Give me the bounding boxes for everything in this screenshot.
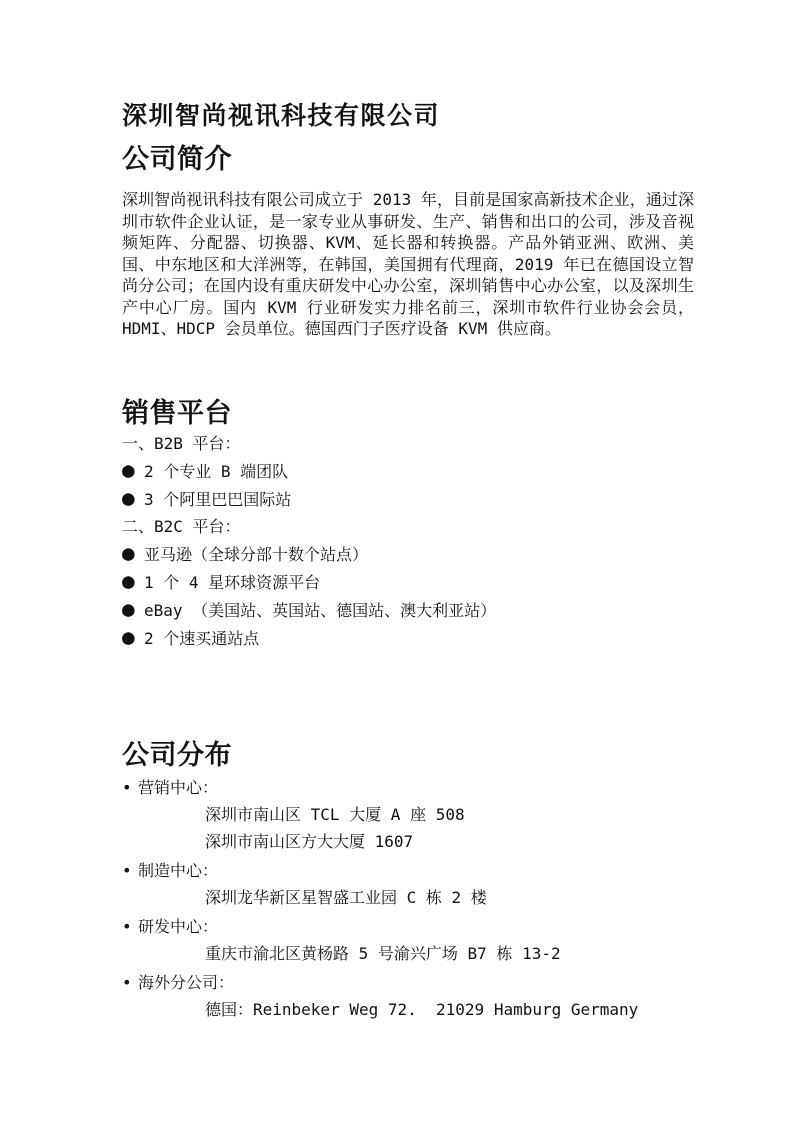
filled-circle-bullet-icon: ●: [122, 568, 144, 595]
sales-list-item-text: 1 个 4 星环球资源平台: [144, 569, 320, 596]
document-title: 深圳智尚视讯科技有限公司: [122, 101, 694, 131]
location-address: 重庆市渝北区黄杨路 5 号渝兴广场 B7 栋 13-2: [122, 940, 694, 967]
location-address: 深圳龙华新区星智盛工业园 C 栋 2 楼: [122, 884, 694, 911]
location-category-label: 海外分公司：: [138, 969, 234, 996]
dot-bullet-icon: •: [122, 913, 138, 940]
sales-list-item: ● 2 个速买通站点: [122, 624, 694, 652]
sales-platform-list: 一、B2B 平台： ● 2 个专业 B 端团队 ● 3 个阿里巴巴国际站 二、B…: [122, 430, 694, 652]
company-intro-paragraph: 深圳智尚视讯科技有限公司成立于 2013 年，目前是国家高新技术企业，通过深圳市…: [122, 189, 694, 340]
section-company-intro: 公司简介 深圳智尚视讯科技有限公司成立于 2013 年，目前是国家高新技术企业，…: [122, 144, 694, 340]
sales-list-item-text: 2 个速买通站点: [144, 625, 259, 652]
location-category-label: 营销中心：: [138, 774, 218, 801]
sales-list-item: ● 1 个 4 星环球资源平台: [122, 568, 694, 596]
sales-list-item-text: 亚马逊（全球分部十数个站点）: [144, 541, 368, 568]
location-category-overseas: • 海外分公司：: [122, 969, 694, 996]
location-category-marketing: • 营销中心：: [122, 774, 694, 801]
filled-circle-bullet-icon: ●: [122, 596, 144, 623]
location-address: 深圳市南山区 TCL 大厦 A 座 508: [122, 801, 694, 828]
dot-bullet-icon: •: [122, 969, 138, 996]
dot-bullet-icon: •: [122, 857, 138, 884]
section-sales-platforms: 销售平台 一、B2B 平台： ● 2 个专业 B 端团队 ● 3 个阿里巴巴国际…: [122, 398, 694, 652]
section-company-distribution: 公司分布 • 营销中心： 深圳市南山区 TCL 大厦 A 座 508 深圳市南山…: [122, 740, 694, 1023]
sales-list-item: ● 3 个阿里巴巴国际站: [122, 485, 694, 513]
sales-group-label-b2b: 一、B2B 平台：: [122, 430, 694, 457]
sales-group-label-text: 一、B2B 平台：: [122, 430, 241, 457]
sales-list-item-text: eBay （美国站、英国站、德国站、澳大利亚站）: [144, 597, 496, 624]
location-category-label: 制造中心：: [138, 857, 218, 884]
sales-group-label-b2c: 二、B2C 平台：: [122, 513, 694, 540]
location-address: 深圳市南山区方大大厦 1607: [122, 828, 694, 855]
location-category-label: 研发中心：: [138, 913, 218, 940]
heading-company-distribution: 公司分布: [122, 740, 694, 772]
sales-group-label-text: 二、B2C 平台：: [122, 513, 241, 540]
location-category-manufacturing: • 制造中心：: [122, 857, 694, 884]
location-address: 德国：Reinbeker Weg 72. 21029 Hamburg Germa…: [122, 996, 694, 1023]
dot-bullet-icon: •: [122, 774, 138, 801]
filled-circle-bullet-icon: ●: [122, 457, 144, 484]
heading-sales-platforms: 销售平台: [122, 398, 694, 430]
filled-circle-bullet-icon: ●: [122, 540, 144, 567]
sales-list-item: ● 亚马逊（全球分部十数个站点）: [122, 540, 694, 568]
heading-company-intro: 公司简介: [122, 144, 694, 176]
company-locations-list: • 营销中心： 深圳市南山区 TCL 大厦 A 座 508 深圳市南山区方大大厦…: [122, 774, 694, 1023]
sales-list-item: ● 2 个专业 B 端团队: [122, 457, 694, 485]
document-page: 深圳智尚视讯科技有限公司 公司简介 深圳智尚视讯科技有限公司成立于 2013 年…: [0, 0, 800, 1131]
location-category-rnd: • 研发中心：: [122, 913, 694, 940]
sales-list-item-text: 2 个专业 B 端团队: [144, 458, 288, 485]
sales-list-item: ● eBay （美国站、英国站、德国站、澳大利亚站）: [122, 596, 694, 624]
filled-circle-bullet-icon: ●: [122, 624, 144, 651]
sales-list-item-text: 3 个阿里巴巴国际站: [144, 486, 291, 513]
filled-circle-bullet-icon: ●: [122, 485, 144, 512]
